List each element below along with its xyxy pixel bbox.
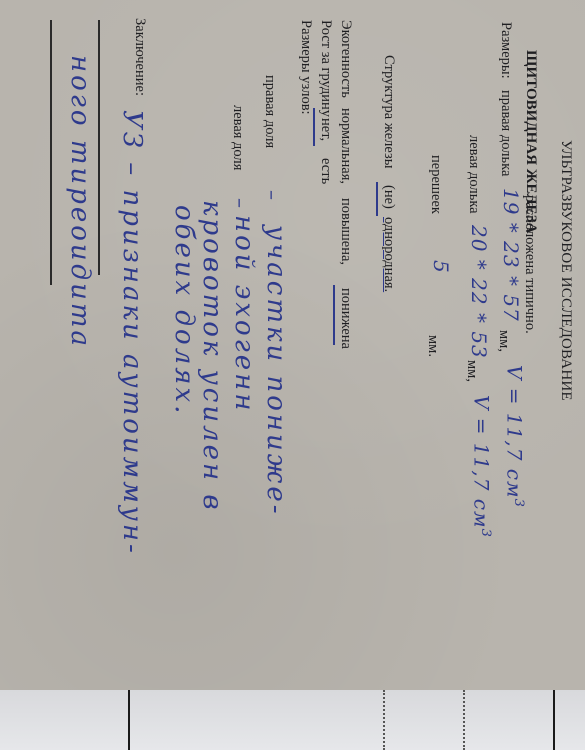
- conclusion-rule-2: [51, 20, 53, 285]
- nodes-handwritten-line-4: обеих долях.: [171, 205, 197, 416]
- nodes-left-dash: –: [231, 198, 251, 209]
- rotated-document-stage: УЛЬТРАЗВУКОВОЕ ИССЛЕДОВАНИЕ ЩИТОВИДНАЯ Ж…: [0, 0, 585, 750]
- form-title: УЛЬТРАЗВУКОВОЕ ИССЛЕДОВАНИЕ: [558, 140, 573, 401]
- structure-prefix: (не): [382, 185, 397, 209]
- right-lobe-label: правая долька: [499, 90, 514, 176]
- structure-label: Структура железы: [382, 55, 397, 168]
- isthmus-label: перешеек: [429, 155, 444, 214]
- echogenicity-label: Экогенность: [339, 20, 354, 98]
- conclusion-handwritten-line-1: УЗ – признаки аутоиммун-: [119, 110, 145, 556]
- echogenicity-underline: [333, 285, 335, 345]
- isthmus-value: 5: [431, 260, 451, 274]
- sizes-label: Размеры:: [499, 22, 514, 79]
- ultrasound-form: УЛЬТРАЗВУКОВОЕ ИССЛЕДОВАНИЕ ЩИТОВИДНАЯ Ж…: [0, 0, 585, 690]
- structure-value: однородная.: [382, 217, 397, 292]
- conclusion-handwritten-line-2: ного тиреоидита: [67, 55, 93, 349]
- retrosternal-option-yes: есть: [319, 158, 334, 184]
- sheet-rule: [553, 690, 555, 750]
- sheet-dotted-rule: [383, 690, 385, 750]
- echogenicity-option-increased: повышена,: [339, 198, 354, 265]
- left-lobe-size: 20 * 22 * 53: [469, 225, 489, 359]
- retrosternal-label: Рост за грудину: [319, 20, 334, 117]
- nodes-right-label: правая доля: [263, 75, 278, 148]
- nodes-left-label: левая доля: [231, 105, 246, 170]
- left-lobe-volume: V = 11,7 см3: [471, 395, 492, 538]
- underlying-sheet: [0, 690, 585, 750]
- nodes-right-dash: –: [263, 190, 283, 201]
- sheet-rule: [128, 690, 130, 750]
- isthmus-unit: мм.: [426, 335, 441, 357]
- sheet-dotted-rule: [463, 690, 465, 750]
- echogenicity-option-decreased: понижена: [339, 288, 354, 349]
- nodes-handwritten-line-2: ной эхогенн: [231, 215, 257, 413]
- right-lobe-volume: V = 11,7 см3: [504, 365, 525, 508]
- left-lobe-unit: мм,: [465, 360, 480, 382]
- nodes-label: Размеры узлов:: [299, 20, 314, 115]
- location-text: расположена типично.: [523, 195, 538, 334]
- retrosternal-option-no: нет,: [319, 118, 334, 141]
- nodes-handwritten-line-1: участки пониже-: [263, 225, 289, 517]
- right-lobe-unit: мм,: [497, 330, 512, 352]
- structure-underline: [376, 182, 378, 216]
- left-lobe-label: левая долька: [467, 135, 482, 214]
- nodes-handwritten-line-3: кровоток усилен в: [199, 200, 225, 513]
- echogenicity-option-normal: нормальная,: [339, 108, 354, 184]
- conclusion-rule-1: [99, 20, 101, 275]
- conclusion-label: Заключение:: [133, 18, 148, 96]
- right-lobe-size: 19 * 23 * 57: [501, 188, 521, 322]
